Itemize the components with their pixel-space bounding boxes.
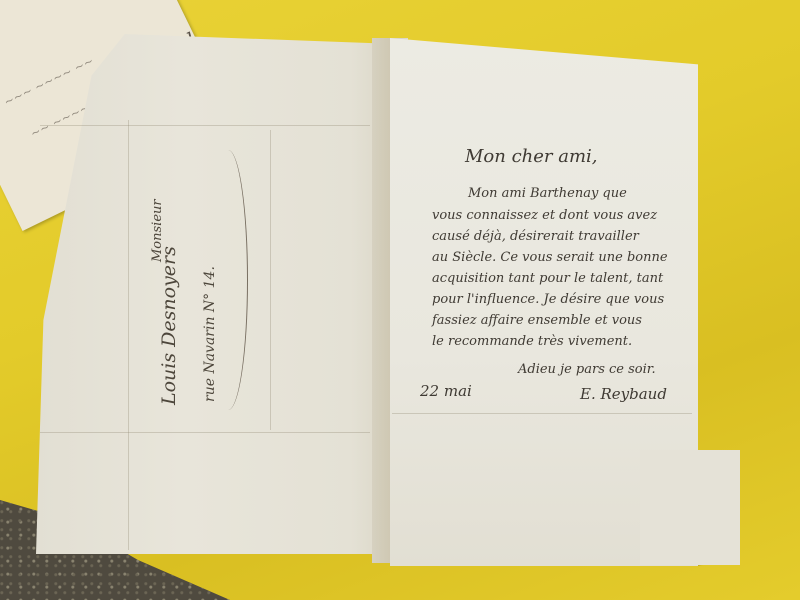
fold-line bbox=[40, 125, 370, 126]
letter-line: fassiez affaire ensemble et vous bbox=[432, 313, 642, 328]
letter-date: 22 mai bbox=[420, 382, 472, 400]
letter-line: vous connaissez et dont vous avez bbox=[432, 208, 657, 223]
letter-signature: E. Reybaud bbox=[580, 385, 667, 403]
letter-line: causé déjà, désirerait travailler bbox=[432, 229, 639, 244]
letter-greeting: Mon cher ami, bbox=[465, 146, 598, 167]
address-line: rue Navarin N° 14. bbox=[202, 266, 218, 402]
fold-line bbox=[40, 432, 370, 433]
letter-line: pour l'influence. Je désire que vous bbox=[432, 292, 664, 307]
address-panel: Monsieur Louis Desnoyers rue Navarin N° … bbox=[140, 170, 250, 410]
fold-line bbox=[270, 130, 271, 430]
letter-line: acquisition tant pour le talent, tant bbox=[432, 271, 663, 286]
letter-line: Mon ami Barthenay que bbox=[468, 186, 627, 201]
address-line: Louis Desnoyers bbox=[158, 246, 180, 405]
letter-line: au Siècle. Ce vous serait une bonne bbox=[432, 250, 668, 265]
fold-line bbox=[392, 413, 692, 414]
letter-line: le recommande très vivement. bbox=[432, 334, 632, 349]
letter-right-sheet-corner bbox=[640, 450, 740, 565]
fold-line bbox=[128, 120, 129, 550]
letter-closing: Adieu je pars ce soir. bbox=[518, 362, 656, 377]
photo-scene: Reybaud ~~~ ~~~~ ~~ ~~ ~~~~~ Monsieur Lo… bbox=[0, 0, 800, 600]
